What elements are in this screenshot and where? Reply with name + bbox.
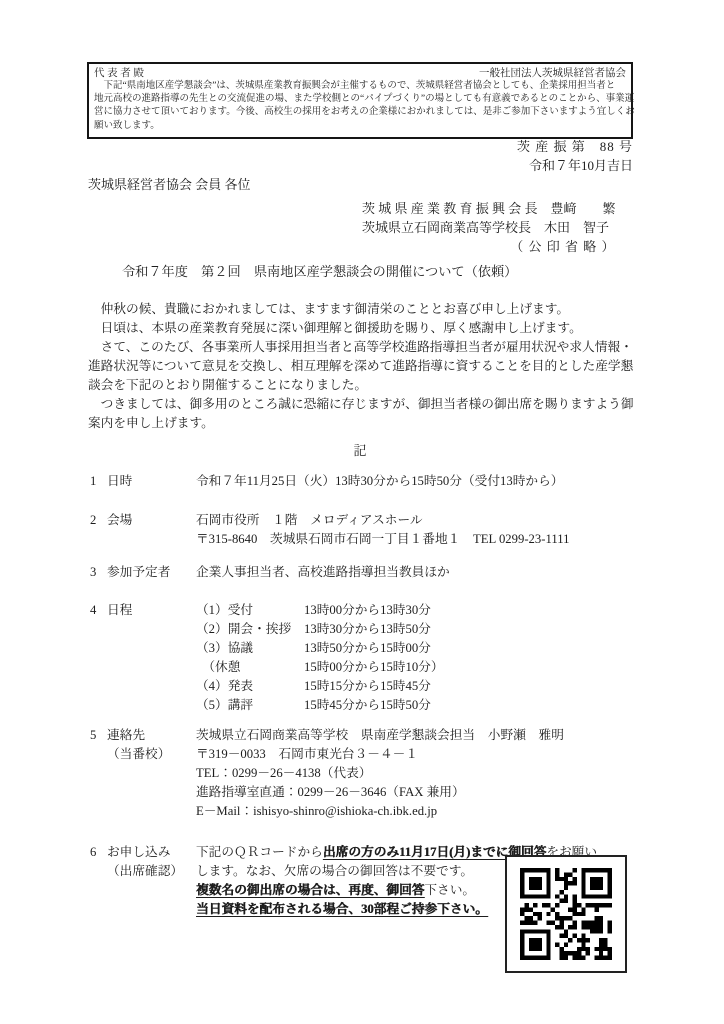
contact-tel: TEL：0299－26－4138（代表） <box>196 764 564 783</box>
contact-address: 〒319－0033 石岡市東光台３－４－１ <box>196 745 564 764</box>
section-number: 1 <box>90 472 107 491</box>
notice-box-header: 代 表 者 殿 一般社団法人茨城県経営者協会 <box>94 67 626 80</box>
schedule-item: （2）開会・挨拶 <box>196 620 304 639</box>
section-label-line: （当番校） <box>107 745 196 764</box>
section-content: 企業人事担当者、高校進路指導担当教員ほか <box>196 563 450 582</box>
schedule-table: （1）受付 13時00分から13時30分 （2）開会・挨拶 13時30分から13… <box>196 601 444 715</box>
schedule-time: 15時45分から15時50分 <box>304 696 431 715</box>
greeting-line: つきましては、御多用のところ誠に恐縮に存じますが、御担当者様の御出席を賜りますよ… <box>88 395 634 414</box>
document-page: 代 表 者 殿 一般社団法人茨城県経営者協会 下記“県南地区産学懇談会”は、茨城… <box>0 0 724 1024</box>
venue-address: 〒315-8640 茨城県石岡市石岡一丁目１番地１ TEL 0299-23-11… <box>196 530 569 549</box>
application-multiple-emphasis: 複数名の御出席の場合は、再度、御回答 <box>196 883 424 897</box>
section-content: 令和７年11月25日（火）13時30分から15時50分（受付13時から） <box>196 472 563 491</box>
schedule-item: （3）協議 <box>196 639 304 658</box>
section-label: 会場 <box>107 511 196 530</box>
greeting-line: 談会を下記のとおり開催することになりました。 <box>88 376 634 395</box>
sender-name: 茨城県立石岡商業高等学校長 木田 智子 <box>362 218 616 237</box>
contact-email: E－Mail：ishisyo-shinro@ishioka-ch.ibk.ed.… <box>196 802 564 821</box>
section-number: 3 <box>90 563 107 582</box>
section-label: 日時 <box>107 472 196 491</box>
section-label-line: お申し込み <box>107 843 196 862</box>
schedule-row: （3）協議 13時50分から15時00分 <box>196 639 444 658</box>
notice-line: 願い致します。 <box>94 120 626 133</box>
section-label: お申し込み （出席確認） <box>107 843 196 881</box>
schedule-item: （4）発表 <box>196 677 304 696</box>
application-text: 下記のＱＲコードから <box>196 845 323 859</box>
document-number: 茨 産 振 第 88 号 <box>88 136 633 155</box>
section-number: 4 <box>90 601 107 620</box>
schedule-row: （1）受付 13時00分から13時30分 <box>196 601 444 620</box>
notice-line: 営に協力させて頂いております。今後、高校生の採用をお考えの企業様におかれましては… <box>94 106 626 119</box>
schedule-time: 13時50分から15時00分 <box>304 639 431 658</box>
greeting-line: さて、このたび、各事業所人事採用担当者と高等学校進路指導担当者が雇用状況や求人情… <box>88 338 634 357</box>
schedule-time: 13時00分から13時30分 <box>304 601 431 620</box>
schedule-item: （休憩 <box>196 658 304 677</box>
record-mark: 記 <box>88 440 634 459</box>
qr-code-icon <box>520 868 612 960</box>
schedule-row: （2）開会・挨拶 13時30分から13時50分 <box>196 620 444 639</box>
qr-code-box <box>505 855 627 973</box>
section-schedule: 4 日程 （1）受付 13時00分から13時30分 （2）開会・挨拶 13時30… <box>90 601 444 715</box>
notice-addressee: 代 表 者 殿 <box>94 67 144 80</box>
greeting-body: 仲秋の候、貴職におかれましては、ますます御清栄のこととお喜び申し上げます。 日頃… <box>88 300 634 433</box>
schedule-row: （4）発表 15時15分から15時45分 <box>196 677 444 696</box>
section-contact: 5 連絡先 （当番校） 茨城県立石岡商業高等学校 県南産学懇談会担当 小野瀬 雅… <box>90 726 564 821</box>
section-venue: 2 会場 石岡市役所 １階 メロディアスホール 〒315-8640 茨城県石岡市… <box>90 511 569 549</box>
section-label: 日程 <box>107 601 196 620</box>
schedule-row: （休憩 15時00分から15時10分） <box>196 658 444 677</box>
contact-tel-direct: 進路指導室直通：0299－26－3646（FAX 兼用） <box>196 783 564 802</box>
section-label: 参加予定者 <box>107 563 196 582</box>
greeting-line: 案内を申し上げます。 <box>88 414 634 433</box>
section-number: 5 <box>90 726 107 745</box>
greeting-line: 日頃は、本県の産業教育発展に深い御理解と御援助を賜り、厚く感謝申し上げます。 <box>88 319 634 338</box>
sender-block: 茨 城 県 産 業 教 育 振 興 会 長 豊﨑 繁 茨城県立石岡商業高等学校長… <box>362 199 616 256</box>
section-label-line: 連絡先 <box>107 726 196 745</box>
schedule-item: （5）講評 <box>196 696 304 715</box>
document-title: 令和７年度 第２回 県南地区産学懇談会の開催について（依頼） <box>122 261 517 280</box>
schedule-time: 15時00分から15時10分） <box>304 658 444 677</box>
section-content: 石岡市役所 １階 メロディアスホール 〒315-8640 茨城県石岡市石岡一丁目… <box>196 511 569 549</box>
notice-box: 代 表 者 殿 一般社団法人茨城県経営者協会 下記“県南地区産学懇談会”は、茨城… <box>87 62 633 139</box>
section-participants: 3 参加予定者 企業人事担当者、高校進路指導担当教員ほか <box>90 563 450 582</box>
application-materials-emphasis: 当日資料を配布される場合、30部程ご持参下さい。 <box>196 902 488 916</box>
schedule-item: （1）受付 <box>196 601 304 620</box>
document-date: 令和７年10月吉日 <box>88 155 633 174</box>
recipient-line: 茨城県経営者協会 会員 各位 <box>88 174 251 193</box>
section-label-line: （出席確認） <box>107 862 196 881</box>
schedule-time: 13時30分から13時50分 <box>304 620 431 639</box>
contact-school: 茨城県立石岡商業高等学校 県南産学懇談会担当 小野瀬 雅明 <box>196 726 564 745</box>
greeting-line: 仲秋の候、貴職におかれましては、ますます御清栄のこととお喜び申し上げます。 <box>88 300 634 319</box>
schedule-time: 15時15分から15時45分 <box>304 677 431 696</box>
notice-line: 地元高校の進路指導の先生との交流促進の場、また学校側との“パイプづくり”の場とし… <box>94 93 626 106</box>
section-datetime: 1 日時 令和７年11月25日（火）13時30分から15時50分（受付13時から… <box>90 472 563 491</box>
notice-line: 下記“県南地区産学懇談会”は、茨城県産業教育振興会が主催するもので、茨城県経営者… <box>94 80 626 93</box>
seal-omitted-note: （ 公 印 省 略 ） <box>362 237 616 256</box>
venue-name: 石岡市役所 １階 メロディアスホール <box>196 511 569 530</box>
notice-org: 一般社団法人茨城県経営者協会 <box>479 67 626 80</box>
greeting-line: 進路状況等について意見を交換し、相互理解を深めて進路指導に資することを目的とした… <box>88 357 634 376</box>
section-label: 連絡先 （当番校） <box>107 726 196 764</box>
schedule-row: （5）講評 15時45分から15時50分 <box>196 696 444 715</box>
sender-name: 茨 城 県 産 業 教 育 振 興 会 長 豊﨑 繁 <box>362 199 616 218</box>
section-content: 茨城県立石岡商業高等学校 県南産学懇談会担当 小野瀬 雅明 〒319－0033 … <box>196 726 564 821</box>
application-text: 下さい。 <box>424 883 475 897</box>
section-number: 6 <box>90 843 107 862</box>
section-number: 2 <box>90 511 107 530</box>
